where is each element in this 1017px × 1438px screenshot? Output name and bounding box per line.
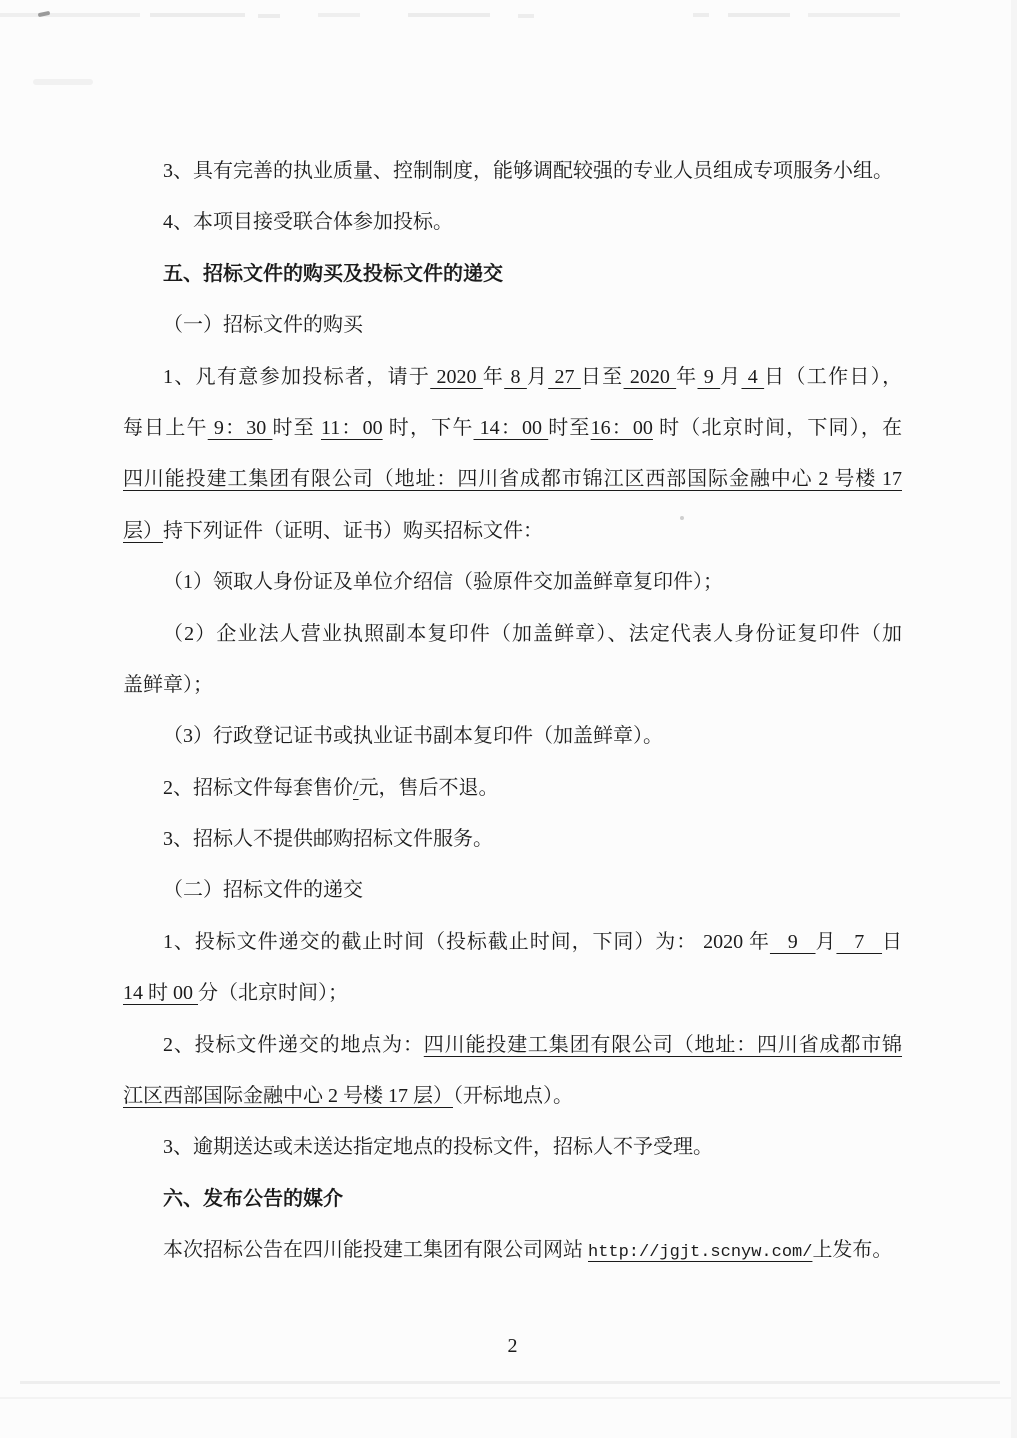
text-run: 2、招标文件每套售价 — [163, 777, 353, 799]
text-run: 1、投标文件递交的截止时间（投标截止时间，下同）为： 2020 年 — [163, 931, 770, 953]
text-run: （2）企业法人营业执照副本复印件（加盖鲜章）、法定代表人身份证复印件（加 — [163, 623, 902, 645]
credential-item-3: （3）行政登记证书或执业证书副本复印件（加盖鲜章）。 — [123, 711, 902, 762]
text-line: 层）持下列证件（证明、证书）购买招标文件： — [123, 506, 902, 557]
scan-artifact — [0, 1397, 1017, 1399]
text-run: 年 — [483, 366, 504, 388]
text-run: （二）招标文件的递交 — [163, 879, 363, 901]
text-line: 1、凡有意参加投标者，请于 2020 年 8 月 27 日至 2020 年 9 … — [123, 352, 902, 403]
text-run: 月 — [816, 931, 837, 953]
scan-artifact — [728, 13, 790, 17]
text-run: （1）领取人身份证及单位介绍信（验原件交加盖鲜章复印件）； — [163, 571, 723, 593]
subsection-5-2-heading: （二）招标文件的递交 — [123, 865, 902, 916]
underlined-text-run: 14 时 00 — [123, 982, 198, 1004]
text-line: （1）领取人身份证及单位介绍信（验原件交加盖鲜章复印件）； — [123, 557, 902, 608]
underlined-text-run: 7 — [836, 931, 882, 953]
text-run: 月 — [527, 366, 548, 388]
section-6-heading: 六、发布公告的媒介 — [123, 1174, 902, 1225]
scan-artifact — [808, 13, 900, 17]
text-run: 日（工作日）， — [764, 366, 902, 388]
text-run: 2、投标文件递交的地点为： — [163, 1034, 424, 1056]
no-mail-clause: 3、招标人不提供邮购招标文件服务。 — [123, 814, 902, 865]
credential-item-1: （1）领取人身份证及单位介绍信（验原件交加盖鲜章复印件）； — [123, 557, 902, 608]
text-run: 持下列证件（证明、证书）购买招标文件： — [163, 520, 543, 542]
text-run: 日 — [882, 931, 902, 953]
text-line: 1、投标文件递交的截止时间（投标截止时间，下同）为： 2020 年 9 月 7 … — [123, 917, 902, 968]
deadline-paragraph: 1、投标文件递交的截止时间（投标截止时间，下同）为： 2020 年 9 月 7 … — [123, 917, 902, 1020]
text-run: 时至 — [272, 417, 321, 439]
price-clause: 2、招标文件每套售价/元，售后不退。 — [123, 763, 902, 814]
text-run: 上发布。 — [812, 1239, 892, 1261]
text-run: 3、具有完善的执业质量、控制制度，能够调配较强的专业人员组成专项服务小组。 — [163, 160, 893, 182]
scan-artifact — [150, 13, 245, 17]
credential-item-2: （2）企业法人营业执照副本复印件（加盖鲜章）、法定代表人身份证复印件（加盖鲜章）… — [123, 609, 902, 712]
underlined-text-run: 27 — [548, 366, 581, 388]
underlined-text-run: 2020 — [430, 366, 483, 388]
text-line: （一）招标文件的购买 — [123, 300, 902, 351]
scan-artifact — [38, 11, 51, 17]
underlined-text-run: 层） — [123, 520, 163, 542]
scan-artifact — [1011, 0, 1017, 1438]
text-run: 时，下午 — [383, 417, 474, 439]
page-number: 2 — [123, 1334, 902, 1358]
text-run: 本次招标公告在四川能投建工集团有限公司网站 — [163, 1239, 588, 1261]
text-line: （2）企业法人营业执照副本复印件（加盖鲜章）、法定代表人身份证复印件（加 — [123, 609, 902, 660]
underlined-text-run: 江区西部国际金融中心 2 号楼 17 层） — [123, 1085, 453, 1107]
text-line: 2、投标文件递交的地点为：四川能投建工集团有限公司（地址：四川省成都市锦 — [123, 1020, 902, 1071]
text-run: 月 — [720, 366, 741, 388]
clause-3: 3、具有完善的执业质量、控制制度，能够调配较强的专业人员组成专项服务小组。 — [123, 146, 902, 197]
underlined-text-run: 9 — [770, 931, 816, 953]
website-url-text: http://jgjt.scnyw.com/ — [588, 1243, 812, 1262]
text-run: 分（北京时间）； — [198, 982, 348, 1004]
clause-4: 4、本项目接受联合体参加投标。 — [123, 197, 902, 248]
text-run: 日至 — [581, 366, 624, 388]
underlined-text-run: 14：00 — [474, 417, 549, 439]
underlined-text-run: 四川能投建工集团有限公司（地址：四川省成都市锦 — [424, 1034, 902, 1056]
text-run: 3、招标人不提供邮购招标文件服务。 — [163, 828, 493, 850]
underlined-text-run: 8 — [504, 366, 527, 388]
underlined-text-run: 四川能投建工集团有限公司（地址：四川省成都市锦江区西部国际金融中心 2 号楼 1… — [123, 468, 902, 490]
text-line: 五、招标文件的购买及投标文件的递交 — [123, 249, 902, 300]
announcement-media-paragraph: 本次招标公告在四川能投建工集团有限公司网站 http://jgjt.scnyw.… — [123, 1225, 902, 1276]
text-line: 四川能投建工集团有限公司（地址：四川省成都市锦江区西部国际金融中心 2 号楼 1… — [123, 454, 902, 505]
subsection-5-1-heading: （一）招标文件的购买 — [123, 300, 902, 351]
scan-artifact — [518, 14, 534, 18]
underlined-text-run: 9：30 — [208, 417, 273, 439]
underlined-text-run: 9 — [697, 366, 720, 388]
late-delivery-clause: 3、逾期送达或未送达指定地点的投标文件，招标人不予受理。 — [123, 1122, 902, 1173]
text-run: 时（北京时间，下同），在 — [653, 417, 902, 439]
scan-artifact — [20, 1381, 1000, 1384]
submission-place-paragraph: 2、投标文件递交的地点为：四川能投建工集团有限公司（地址：四川省成都市锦江区西部… — [123, 1020, 902, 1123]
scan-artifact — [408, 13, 490, 17]
text-line: 六、发布公告的媒介 — [123, 1174, 902, 1225]
text-line: 3、具有完善的执业质量、控制制度，能够调配较强的专业人员组成专项服务小组。 — [123, 146, 902, 197]
scanned-page: 3、具有完善的执业质量、控制制度，能够调配较强的专业人员组成专项服务小组。4、本… — [0, 0, 1017, 1438]
scan-artifact — [693, 13, 709, 17]
text-run: 每日上午 — [123, 417, 208, 439]
underlined-text-run: 2020 — [624, 366, 677, 388]
text-run: 1、凡有意参加投标者，请于 — [163, 366, 430, 388]
scan-artifact — [0, 13, 140, 17]
text-line: 本次招标公告在四川能投建工集团有限公司网站 http://jgjt.scnyw.… — [123, 1225, 902, 1276]
purchase-time-paragraph: 1、凡有意参加投标者，请于 2020 年 8 月 27 日至 2020 年 9 … — [123, 352, 902, 558]
text-line: 4、本项目接受联合体参加投标。 — [123, 197, 902, 248]
text-line: 3、逾期送达或未送达指定地点的投标文件，招标人不予受理。 — [123, 1122, 902, 1173]
scan-artifact — [318, 13, 360, 17]
underlined-text-run: 4 — [741, 366, 764, 388]
text-run: 元，售后不退。 — [359, 777, 499, 799]
text-line: 盖鲜章）； — [123, 660, 902, 711]
text-run: 盖鲜章）； — [123, 674, 213, 696]
text-run: 六、发布公告的媒介 — [163, 1188, 343, 1210]
scan-artifact — [258, 14, 280, 18]
text-line: 2、招标文件每套售价/元，售后不退。 — [123, 763, 902, 814]
text-run: 3、逾期送达或未送达指定地点的投标文件，招标人不予受理。 — [163, 1136, 713, 1158]
document-body: 3、具有完善的执业质量、控制制度，能够调配较强的专业人员组成专项服务小组。4、本… — [123, 146, 902, 1277]
text-line: 江区西部国际金融中心 2 号楼 17 层）（开标地点）。 — [123, 1071, 902, 1122]
text-line: 14 时 00 分（北京时间）； — [123, 968, 902, 1019]
underlined-text-run: 11：00 — [321, 417, 383, 439]
text-run: 五、招标文件的购买及投标文件的递交 — [163, 263, 503, 285]
section-5-heading: 五、招标文件的购买及投标文件的递交 — [123, 249, 902, 300]
text-run: 时至 — [548, 417, 590, 439]
text-line: 每日上午 9：30 时至 11：00 时，下午 14：00 时至16：00 时（… — [123, 403, 902, 454]
text-run: 年 — [676, 366, 697, 388]
text-run: （3）行政登记证书或执业证书副本复印件（加盖鲜章）。 — [163, 725, 663, 747]
scan-artifact — [33, 79, 93, 85]
text-line: （二）招标文件的递交 — [123, 865, 902, 916]
text-line: 3、招标人不提供邮购招标文件服务。 — [123, 814, 902, 865]
text-run: （一）招标文件的购买 — [163, 314, 363, 336]
text-run: 4、本项目接受联合体参加投标。 — [163, 211, 453, 233]
text-run: （开标地点）。 — [453, 1085, 573, 1107]
text-line: （3）行政登记证书或执业证书副本复印件（加盖鲜章）。 — [123, 711, 902, 762]
underlined-text-run: 16：00 — [591, 417, 653, 439]
